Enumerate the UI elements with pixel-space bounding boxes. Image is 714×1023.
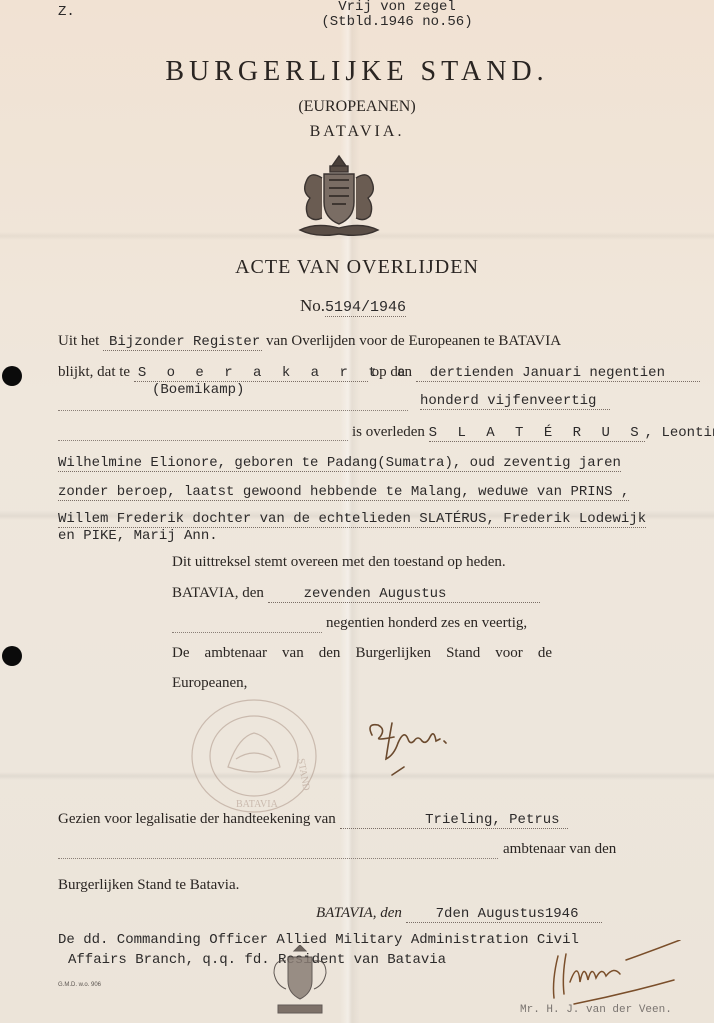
authority-line-2: Affairs Branch, q.q. fd. Resident van Ba…	[68, 952, 446, 968]
stamp-exemption: Vrij von zegel (Stbld.1946 no.56)	[312, 0, 482, 30]
print-code: G.M.D. w.o. 906	[58, 982, 101, 988]
date-of-death-part1: dertienden Januari negentien	[416, 365, 700, 382]
record-line1-prefix: Uit het	[58, 333, 99, 349]
resident-signer-name: Mr. H. J. van der Veen.	[520, 1004, 672, 1016]
svg-text:BATAVIA: BATAVIA	[236, 799, 279, 810]
blank-fill-line	[58, 410, 408, 411]
legalisation-place: BATAVIA, den	[316, 905, 402, 921]
act-number: 5194/1946	[325, 299, 406, 317]
official-title-line1: De ambtenaar van den Burgerlijken Stand …	[172, 645, 552, 662]
date-of-death-part2: honderd vijfenveertig	[420, 393, 610, 410]
blank-fill-line	[172, 632, 322, 633]
record-line-2: blijkt, dat te S o e r a k a r t a op de…	[58, 364, 700, 382]
small-coat-of-arms-icon	[264, 945, 336, 1017]
record-line2-mid: op den	[372, 364, 412, 380]
deceased-given-start: , Leontine	[645, 425, 714, 441]
registrar-signature-icon	[364, 715, 464, 785]
legalisation-line-2: ambtenaar van den	[503, 841, 616, 858]
act-number-line: No.5194/1946	[300, 296, 406, 316]
record-line2-prefix: blijkt, dat te	[58, 364, 130, 380]
attestation-date-line: BATAVIA, den zevenden Augustus	[172, 585, 540, 603]
record-line-7: Willem Frederik dochter van de echtelied…	[58, 511, 646, 528]
legalisation-prefix: Gezien voor legalisatie der handteekenin…	[58, 811, 336, 827]
attestation-date: zevenden Augustus	[268, 586, 540, 603]
document-city: BATAVIA.	[0, 123, 714, 141]
resident-signature-icon	[544, 940, 684, 1010]
legalisation-date: 7den Augustus1946	[406, 906, 602, 923]
official-title-line2: Europeanen,	[172, 675, 247, 692]
blank-fill-line	[58, 440, 348, 441]
act-heading: ACTE VAN OVERLIJDEN	[0, 256, 714, 279]
deceased-prefix: is overleden	[352, 424, 425, 440]
punch-hole-bottom	[2, 646, 22, 666]
official-seal-icon: STAND BATAVIA	[188, 697, 320, 815]
blank-fill-line	[58, 858, 498, 859]
document-title: BURGERLIJKE STAND.	[0, 56, 714, 88]
attestation-year: negentien honderd zes en veertig,	[326, 615, 527, 632]
legalisation-line-1: Gezien voor legalisatie der handteekenin…	[58, 811, 568, 829]
legalised-official-name: Trieling, Petrus	[340, 812, 568, 829]
record-line-8: en PIKE, Marij Ann.	[58, 528, 218, 544]
punch-hole-top	[2, 366, 22, 386]
legalisation-date-line: BATAVIA, den 7den Augustus1946	[316, 905, 602, 923]
record-line-1: Uit het Bijzonder Register van Overlijde…	[58, 333, 561, 350]
coat-of-arms-icon	[286, 152, 392, 240]
attestation-statement: Dit uittreksel stemt overeen met den toe…	[172, 554, 506, 571]
place-note: (Boemikamp)	[152, 382, 244, 398]
svg-text:STAND: STAND	[295, 758, 311, 792]
record-line-6: zonder beroep, laatst gewoond hebbende t…	[58, 484, 629, 501]
place-of-death: S o e r a k a r t a	[134, 365, 368, 382]
act-number-label: No.	[300, 296, 325, 315]
legalisation-line-3: Burgerlijken Stand te Batavia.	[58, 877, 239, 894]
record-line-4: is overleden S L A T É R U S, Leontine	[352, 424, 714, 441]
corner-mark: Z.	[58, 4, 75, 20]
stamp-exemption-line2: (Stbld.1946 no.56)	[312, 15, 482, 30]
record-line-5: Wilhelmine Elionore, geboren te Padang(S…	[58, 455, 621, 472]
stamp-exemption-line1: Vrij von zegel	[312, 0, 482, 15]
deceased-surname: S L A T É R U S	[429, 425, 645, 442]
register-name: Bijzonder Register	[103, 334, 262, 351]
attestation-place: BATAVIA, den	[172, 585, 264, 601]
document-subtitle: (EUROPEANEN)	[0, 98, 714, 116]
record-line1-suffix: van Overlijden voor de Europeanen te BAT…	[266, 333, 561, 349]
